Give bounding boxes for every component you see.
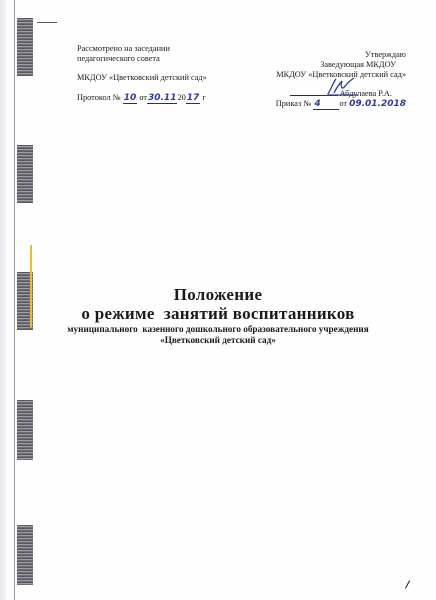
document-heading: Положение (0, 286, 436, 304)
protocol-date: 30.11 (147, 94, 177, 104)
review-line-1: Рассмотрено на заседании (77, 44, 207, 54)
document-subheading: о режиме занятий воспитанников (0, 304, 436, 323)
review-org: МКДОУ «Цветковский детский сад» (77, 73, 207, 83)
signature-row: Абдулаева Р.А. (276, 89, 406, 99)
binding-hole-mark (17, 145, 33, 203)
order-number: 4 (313, 100, 339, 110)
order-line: Приказ № 4от 09.01.2018 (276, 99, 406, 110)
page-corner-mark (405, 580, 410, 588)
institution-line-2: «Цветковский детский сад» (0, 335, 436, 346)
protocol-year-suffix: 17 (186, 94, 201, 104)
binding-hole-mark (17, 18, 33, 76)
protocol-line: Протокол № 10 от30.112017 г (77, 93, 207, 104)
scanned-document-page: Рассмотрено на заседании педагогического… (0, 0, 436, 600)
protocol-from-label: от (139, 93, 147, 102)
protocol-number: 10 (123, 94, 138, 104)
signature-icon (324, 77, 360, 97)
review-line-2: педагогического совета (77, 54, 207, 64)
approval-block: Утверждаю Заведующая МКДОУ МКДОУ «Цветко… (276, 50, 406, 110)
binding-hole-mark (17, 525, 33, 585)
order-label: Приказ № (276, 99, 311, 108)
binding-hole-mark (17, 400, 33, 460)
protocol-label: Протокол № (77, 93, 121, 102)
document-title-block: Положение о режиме занятий воспитанников… (0, 286, 436, 346)
order-date-label: от (339, 99, 347, 108)
protocol-year-prefix: 20 (177, 93, 185, 102)
approver-position: Заведующая МКДОУ (276, 60, 406, 70)
scan-dash-mark (37, 22, 57, 23)
review-block: Рассмотрено на заседании педагогического… (77, 44, 207, 104)
institution-line-1: муниципального казенного дошкольного обр… (0, 324, 436, 335)
approve-label: Утверждаю (276, 50, 406, 60)
order-date: 09.01.2018 (349, 99, 406, 109)
protocol-year-unit: г (202, 93, 205, 102)
